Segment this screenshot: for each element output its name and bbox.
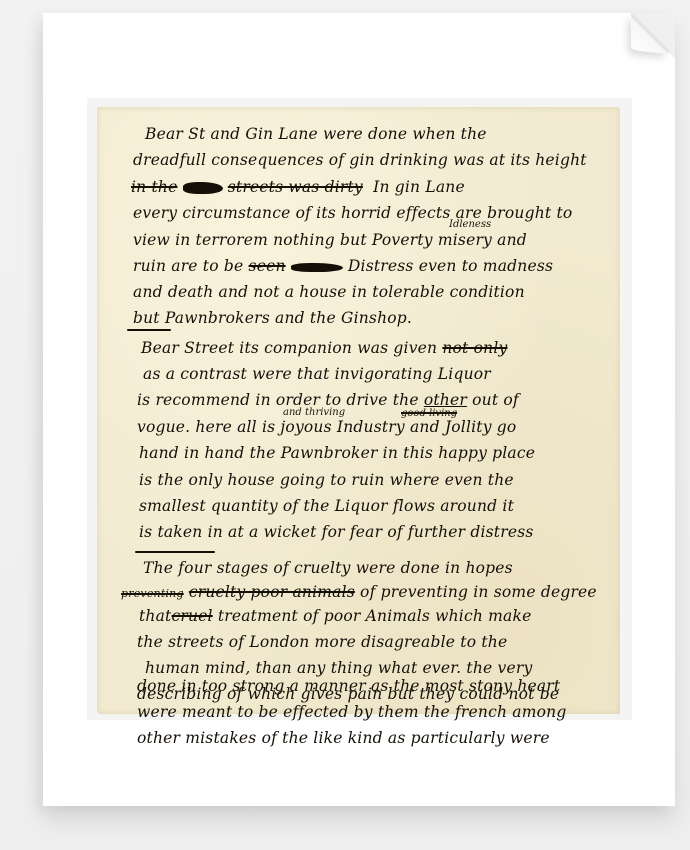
manuscript-line: but Pawnbrokers and the Ginshop. [133,309,412,327]
line-text: the streets of London more disagreable t… [137,633,507,651]
interlinear-insertion: and thriving [283,407,345,418]
line-text: and death and not a house in tolerable c… [133,283,525,301]
interlinear-insertion: Idleness [449,219,491,230]
manuscript-line: Bear St and Gin Lane were done when the [145,125,487,143]
line-text: Bear St and Gin Lane were done when the [145,125,487,143]
struck-text: cruel [171,607,212,625]
line-text: is the only house going to ruin where ev… [139,471,514,489]
line-text: but Pawnbrokers and the Ginshop. [133,309,412,327]
line-text: every circumstance of its horrid effects… [133,204,572,222]
manuscript-line: thatcruel treatment of poor Animals whic… [139,607,531,625]
manuscript-line: ruin are to be seen Distress even to mad… [133,257,553,275]
manuscript-line: human mind, than any thing what ever. th… [145,659,532,677]
manuscript-line: smallest quantity of the Liquor flows ar… [139,497,514,515]
manuscript-page: Bear St and Gin Lane were done when the … [97,107,620,714]
line-text: done in too strong a manner as the most … [137,677,560,695]
line-text: is taken in at a wicket for fear of furt… [139,523,534,541]
manuscript-line: were meant to be effected by them the fr… [137,703,566,721]
manuscript-line: is taken in at a wicket for fear of furt… [139,523,534,541]
manuscript-line: hand in hand the Pawnbroker in this happ… [139,444,535,462]
manuscript-line: and death and not a house in tolerable c… [133,283,525,301]
struck-text: streets was dirty [228,178,363,196]
manuscript-line: in the streets was dirty In gin Lane [131,178,465,196]
manuscript-line: preventing cruelty poor animals of preve… [121,583,597,603]
line-text: is recommend in order to drive the [137,391,419,409]
manuscript-line: every circumstance of its horrid effects… [133,204,572,222]
underlined-text: other [424,391,467,409]
manuscript-line: the streets of London more disagreable t… [137,633,507,651]
manuscript-line: dreadfull consequences of gin drinking w… [133,151,587,169]
line-text: out of [472,391,519,409]
viewer-background: Bear St and Gin Lane were done when the … [0,0,690,850]
manuscript-text: Bear St and Gin Lane were done when the … [97,107,620,714]
ink-blot [291,263,343,272]
print-sheet: Bear St and Gin Lane were done when the … [43,13,675,806]
line-text: ruin are to be [133,257,243,275]
struck-text: not only [442,339,507,357]
line-text: view in terrorem nothing but Poverty mis… [133,231,527,249]
line-text: In gin Lane [373,178,465,196]
manuscript-line: is the only house going to ruin where ev… [139,471,514,489]
page-curl-corner [629,13,675,59]
margin-dash [127,329,171,331]
struck-text: in the [131,178,177,196]
manuscript-line: Bear Street its companion was given not … [141,339,507,357]
line-text: dreadfull consequences of gin drinking w… [133,151,587,169]
manuscript-line: view in terrorem nothing but Poverty mis… [133,231,527,249]
line-text: were meant to be effected by them the fr… [137,703,566,721]
struck-text: seen [249,257,286,275]
scan-frame: Bear St and Gin Lane were done when the … [87,98,632,720]
line-text: human mind, than any thing what ever. th… [145,659,532,677]
line-text: as a contrast were that invigorating Liq… [143,365,491,383]
line-text: Distress even to madness [348,257,553,275]
manuscript-line: other mistakes of the like kind as parti… [137,729,550,747]
manuscript-line: done in too strong a manner as the most … [137,677,560,695]
line-text: The four stages of cruelty were done in … [143,559,513,577]
line-text: other mistakes of the like kind as parti… [137,729,550,747]
line-text: smallest quantity of the Liquor flows ar… [139,497,514,515]
manuscript-line: vogue. here all is joyous Industry and J… [137,418,516,436]
line-text: treatment of poor Animals which make [218,607,532,625]
line-text: vogue. here all is joyous Industry and J… [137,418,516,436]
margin-dash [135,551,215,553]
struck-text: cruelty poor animals [189,583,355,601]
line-text: hand in hand the Pawnbroker in this happ… [139,444,535,462]
struck-text: preventing [121,587,184,600]
line-text: Bear Street its companion was given [141,339,437,357]
manuscript-line: The four stages of cruelty were done in … [143,559,513,577]
line-text: that [139,607,171,625]
line-text: of preventing in some degree [360,583,597,601]
ink-blot [183,182,223,194]
manuscript-line: as a contrast were that invigorating Liq… [143,365,491,383]
